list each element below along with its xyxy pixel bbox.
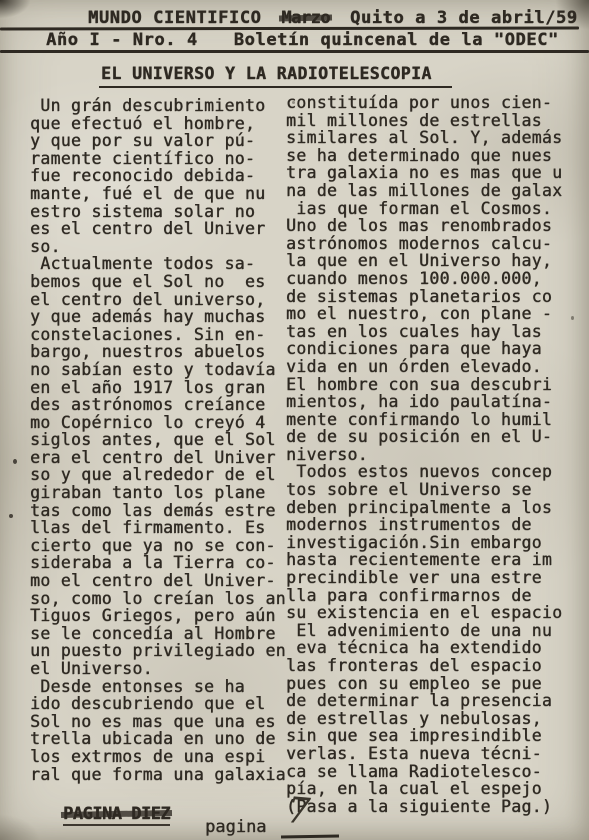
handwritten-page-number: 7 — [285, 790, 311, 833]
page-number-underline — [281, 834, 339, 838]
masthead-rule-bottom — [0, 50, 589, 53]
publication-name: MUNDO CIENTIFICO — [88, 8, 261, 28]
footer-struck-page-label: PAGINA DIEZ — [63, 804, 170, 826]
paper-stain-top-left — [0, 0, 30, 18]
masthead-line2: Año I - Nro. 4Boletín quincenal de la "O… — [46, 30, 559, 50]
paper-speck — [9, 514, 13, 518]
paper-speck — [571, 316, 574, 320]
subtitle: Boletín quincenal de la "ODEC" — [234, 30, 559, 50]
issue-number: Año I - Nro. 4 — [46, 30, 198, 50]
scanned-bulletin-page: MUNDO CIENTIFICOMarzoQuito a 3 de abril/… — [0, 0, 589, 840]
paper-stain-bottom-left — [0, 814, 40, 840]
footer-page-label: pagina — [205, 817, 266, 837]
article-title: EL UNIVERSO Y LA RADIOTELESCOPIA — [99, 64, 452, 88]
dateline: Quito a 3 de abril/59 — [350, 8, 578, 28]
article-column-left: Un grán descubrimiento que efectuó el ho… — [30, 97, 286, 783]
paper-speck — [13, 459, 17, 464]
article-column-right: constituída por unos cien- mil millones … — [286, 94, 562, 815]
